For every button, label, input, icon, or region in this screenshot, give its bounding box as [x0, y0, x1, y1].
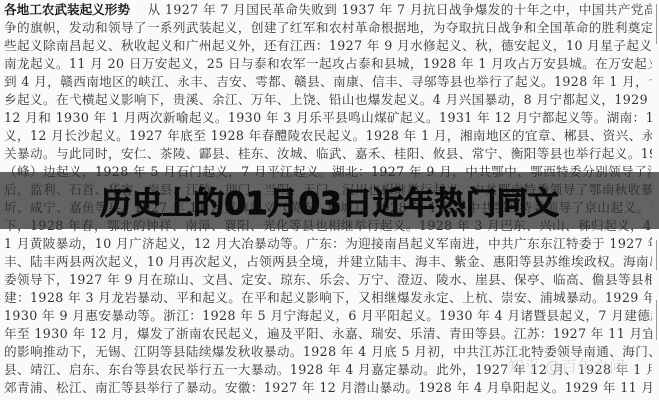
document-line-0: 各地工农武装起义形势 从 1927 年 7 月国民革命失败到 1937 年 7 … — [4, 0, 652, 19]
document-line-8: 关暴动。与此同时，安仁、茶陵、酃县、桂东、汝城、临武、嘉禾、桂阳、攸县、常宁、衡… — [4, 144, 652, 163]
document-line-16: 建：1928 年 3 月龙岩暴动、平和起义。在平和起义影响下，又相继爆发永定、上… — [4, 288, 652, 307]
document-line-6: 12 月和 1930 年 1 月两次新喻起义。1930 年 3 月乐平县鸣山煤矿… — [4, 108, 652, 127]
overlay-title: 历史上的01月03日近年热门同文 — [0, 172, 659, 229]
document-line-3: 南龙起义。11 月 20 日万安起义，25 日与泰和农军一起攻占泰和县城，192… — [4, 54, 652, 73]
document-line-4: 到 4 月，赣西南地区的峡江、永丰、吉安、雩都、赣县、南康、信丰、寻邬等县也举行… — [4, 72, 652, 91]
document-heading: 各地工农武装起义形势 — [4, 2, 130, 17]
document-line-5: 乡起义。在弋横起义影响下，贵溪、余江、万年、上饶、铅山也爆发起义。4 月兴国暴动… — [4, 90, 652, 109]
document-line-21: 郊青浦、松江、南汇等县举行了暴动。安徽：1927 年 12 月潜山暴动。1928… — [4, 378, 652, 397]
document-line-1: 争的旗帜，发动和领导了一系列武装起义，创建了红军和农村革命根据地，为夺取抗日战争… — [4, 18, 652, 37]
watermark: 知乎 @百年之问 — [508, 354, 658, 374]
scan-edge-mark — [656, 4, 657, 44]
scan-edge-mark — [656, 300, 657, 340]
document-line-7: 义，12 月长沙起义。1927 年底至 1928 年春醴陵农民起义。1928 年… — [4, 126, 652, 145]
document-line-13: 1 月黄陂暴动，10 月广济起义，12 月大冶暴动等。广东：为迎接南昌起义军南进… — [4, 234, 652, 253]
document-line-18: 年至 1930 年 12 月，爆发了浙南农民起义，遍及平阳、永嘉、瑞安、乐清、青… — [4, 324, 652, 343]
scan-edge-mark — [656, 240, 657, 270]
document-line-15: 委领导下，1927 年 9 月在琼山、文昌、定安、琼东、乐会、万宁、澄迈、陵水、… — [4, 270, 652, 289]
document-line-2: 些起义除南昌起义、秋收起义和广州起义外，还有江西：1927 年 9 月水修起义、… — [4, 36, 652, 55]
document-line-17: 1930 年 9 月惠安暴动等。浙江：1928 年 5 月宁海起义，6 月平阳起… — [4, 306, 652, 325]
document-line-14: 丰、陆丰两县两次起义，10 月再次起义，占领两县全境，并建立陆丰、海丰、紫金、惠… — [4, 252, 652, 271]
